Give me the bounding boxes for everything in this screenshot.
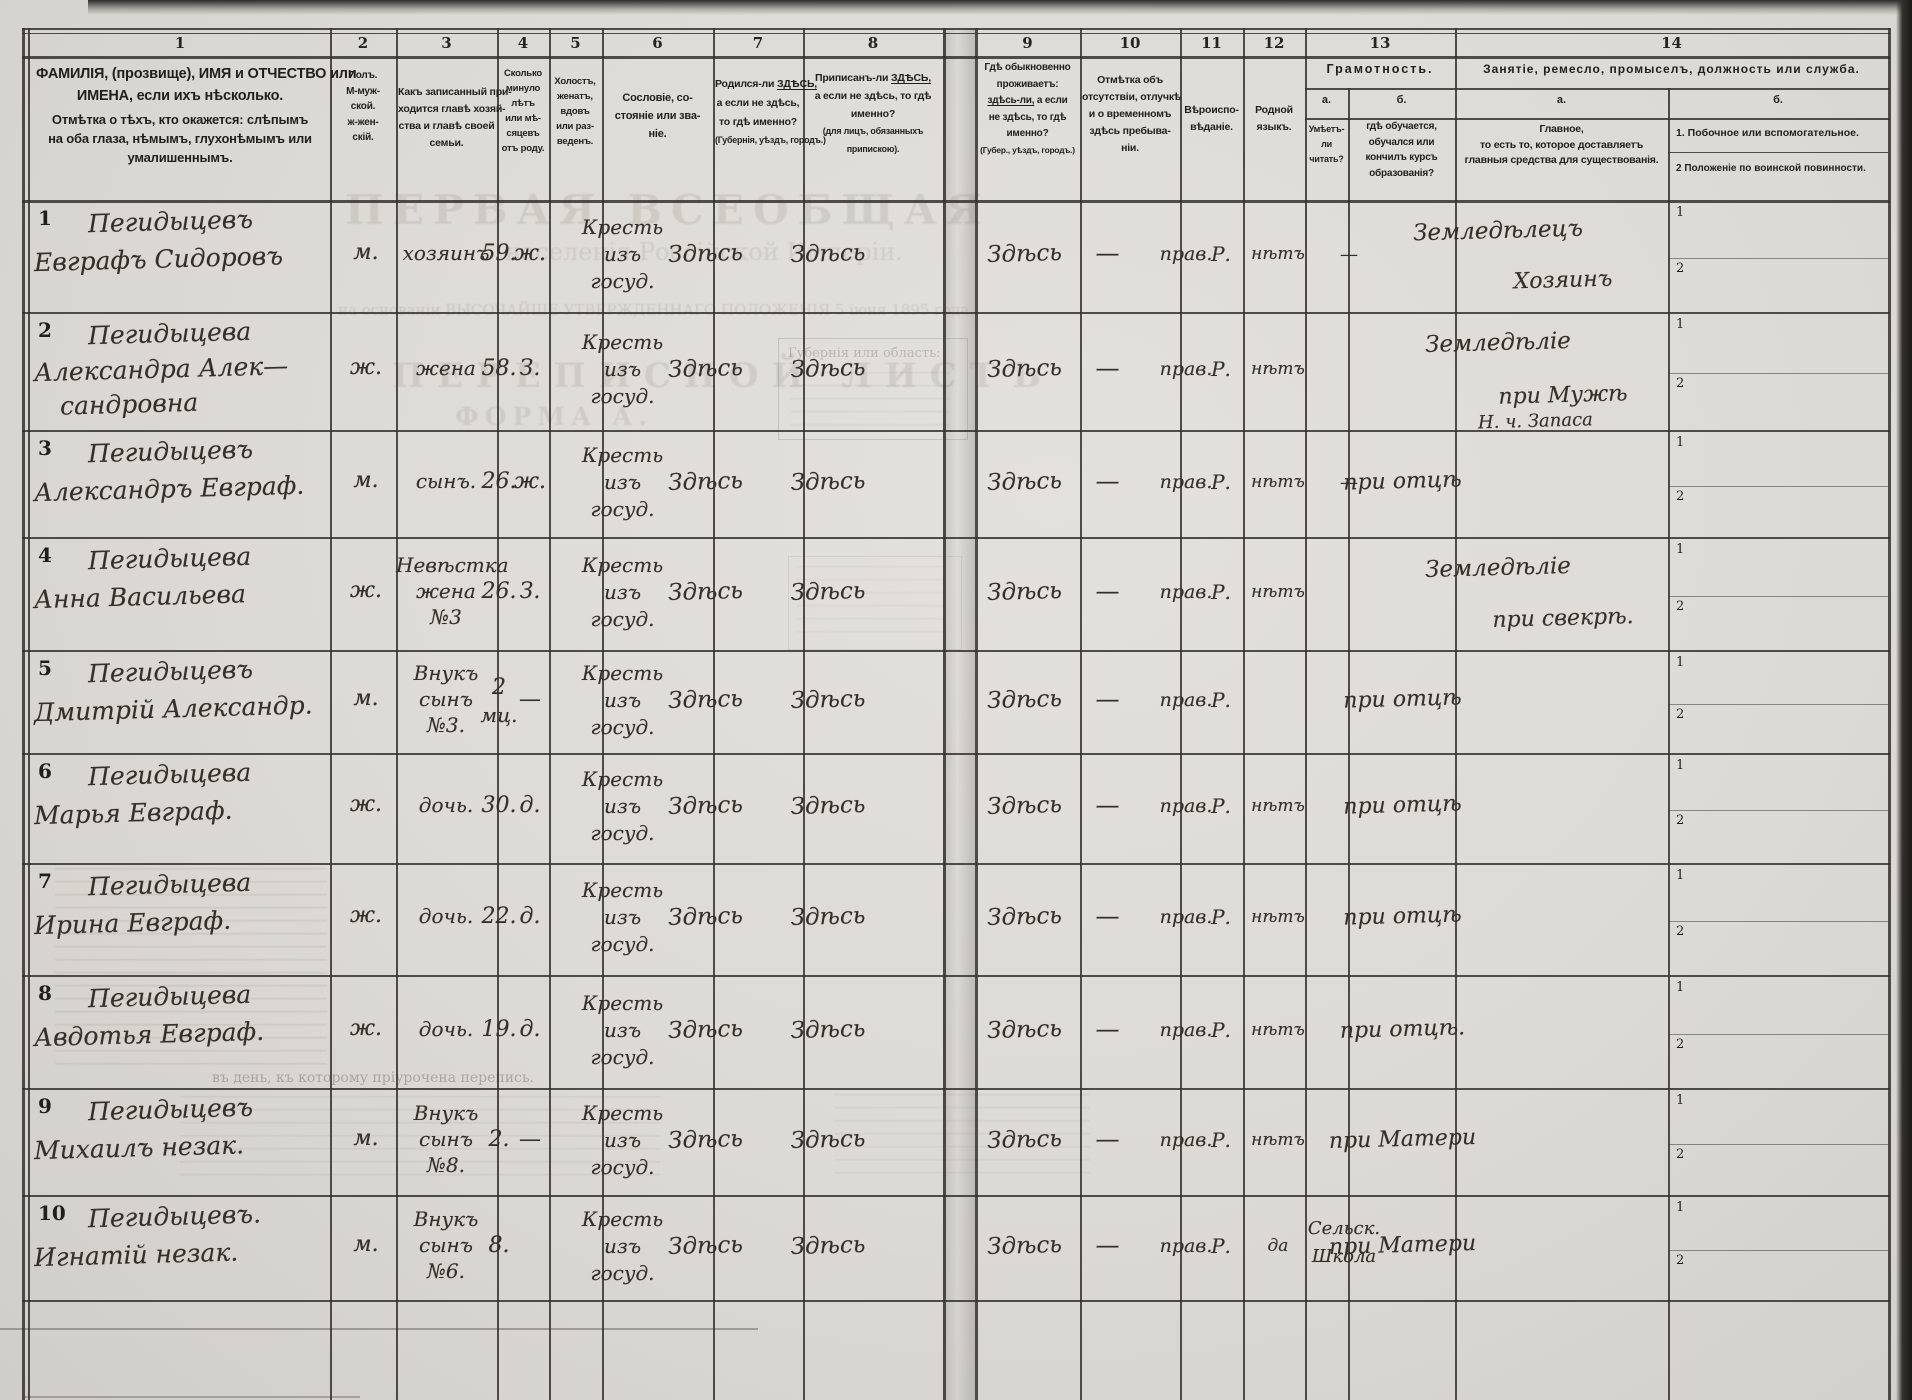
subrow-2-label: 2 <box>1676 261 1696 276</box>
relation-entry: Невѣстка <box>396 553 496 577</box>
header-c1b-line: умалишеннымъ. <box>36 150 324 165</box>
column-number-3: 3 <box>396 31 497 56</box>
estate-entry: госуд. <box>560 607 685 631</box>
birthplace-entry: Здѣсь <box>648 685 764 714</box>
estate-entry: госуд. <box>560 384 685 408</box>
registration-entry: Здѣсь <box>768 685 889 714</box>
estate-entry: госуд. <box>560 497 685 521</box>
marital-entry: д. <box>506 1017 554 1042</box>
registration-entry: Здѣсь <box>768 239 889 268</box>
header-c8-line: (для лицъ, обязанныхъ <box>805 126 941 136</box>
header-c4-line: сяцевъ <box>498 128 548 139</box>
sex-entry: м. <box>342 1126 390 1151</box>
header-c6-line: Сословіе, со- <box>604 92 711 104</box>
estate-entry: Кресть <box>560 1101 685 1125</box>
header-c5-line: вдовъ <box>550 106 600 117</box>
language-entry: Р. <box>1200 794 1242 818</box>
grid-line-h <box>22 1300 1890 1302</box>
header-c14-title: Занятіе, ремесло, промыселъ, должность и… <box>1455 62 1888 76</box>
registration-entry: Здѣсь <box>768 1015 889 1044</box>
residence-entry: Здѣсь <box>972 355 1078 384</box>
estate-entry: Кресть <box>560 330 685 354</box>
marital-entry: д. <box>506 793 554 818</box>
residence-entry: Здѣсь <box>972 903 1078 932</box>
absence-entry: — <box>1080 902 1135 930</box>
marital-entry: З. <box>506 356 554 381</box>
header-c12-line: языкъ. <box>1245 121 1303 133</box>
grid-line-h <box>1305 118 1890 120</box>
header-c12-line: Родной <box>1245 104 1303 116</box>
birthplace-entry: Здѣсь <box>648 354 764 383</box>
row-number: 5 <box>38 656 78 680</box>
birthplace-entry: Здѣсь <box>648 239 764 268</box>
estate-entry: Кресть <box>560 767 685 791</box>
subrow-divider <box>1668 596 1888 597</box>
residence-entry: Здѣсь <box>972 685 1078 714</box>
header-c14-b1: 1. Побочное или вспомогательное. <box>1676 127 1884 139</box>
marital-entry: — <box>506 687 554 712</box>
header-c2-line: скій. <box>332 132 394 143</box>
header-c10-line: ніи. <box>1082 142 1178 154</box>
header-c13-a-line: Умѣетъ- <box>1306 124 1347 134</box>
header-c2-line: Полъ. <box>332 70 394 81</box>
header-c7-line: то гдѣ именно? <box>715 116 801 128</box>
residence-entry: Здѣсь <box>972 1125 1078 1154</box>
header-c5-line: или раз- <box>550 121 600 132</box>
estate-entry: госуд. <box>560 1261 685 1285</box>
column-number-1: 1 <box>30 31 330 56</box>
header-c4-line: отъ роду. <box>498 143 548 154</box>
estate-entry: госуд. <box>560 269 685 293</box>
estate-entry: Кресть <box>560 443 685 467</box>
registration-entry: Здѣсь <box>768 902 889 931</box>
census-sheet-scan: ПЕРВАЯ ВСЕОБЩАЯ ПЕРЕПИСЬ населенія Россі… <box>0 0 1912 1400</box>
column-number-12: 12 <box>1243 31 1305 56</box>
header-c9-line: здѣсь-ли, а если <box>977 95 1078 106</box>
header-c14-a-line: Главное, <box>1457 123 1666 135</box>
row-number: 4 <box>38 543 78 567</box>
estate-entry: госуд. <box>560 932 685 956</box>
header-c5-line: женатъ, <box>550 91 600 102</box>
header-c7-line: (Губернія, уѣздъ, городъ.) <box>715 135 801 145</box>
absence-entry: — <box>1080 791 1135 819</box>
subrow-divider <box>1668 810 1888 811</box>
relation-entry: Внукъ <box>396 1207 496 1231</box>
grid-line-h <box>1305 88 1890 90</box>
column-number-14: 14 <box>1455 31 1888 56</box>
grid-line-h <box>22 28 1890 30</box>
header-c1b-line: на оба глаза, нѣмымъ, глухонѣмымъ или <box>36 131 324 146</box>
column-number-13: 13 <box>1305 31 1455 56</box>
residence-entry: Здѣсь <box>972 577 1078 606</box>
estate-entry: Кресть <box>560 991 685 1015</box>
header-c14-a-line: то есть то, которое доставляетъ <box>1457 139 1666 151</box>
grid-line-h <box>1668 152 1888 153</box>
birthplace-entry: Здѣсь <box>648 1125 764 1154</box>
absence-entry: — <box>1080 467 1135 495</box>
header-c1a-line: ИМЕНА, если ихъ нѣсколько. <box>36 88 324 104</box>
header-c9-line: именно? <box>977 128 1078 139</box>
residence-entry: Здѣсь <box>972 792 1078 821</box>
estate-entry: госуд. <box>560 1155 685 1179</box>
grid-line-h <box>24 1396 360 1398</box>
registration-entry: Здѣсь <box>768 1231 889 1260</box>
marital-entry: — <box>506 1127 554 1152</box>
column-number-7: 7 <box>713 31 803 56</box>
header-c10-line: и о временномъ <box>1082 108 1178 120</box>
column-number-6: 6 <box>602 31 713 56</box>
literacy-entry: нѣтъ <box>1246 244 1310 264</box>
absence-entry: — <box>1080 685 1135 713</box>
header-c11-line: вѣданіе. <box>1182 121 1241 133</box>
header-c11-line: Вѣроиспо- <box>1182 104 1241 116</box>
subrow-1-label: 1 <box>1676 205 1696 220</box>
estate-entry: Кресть <box>560 878 685 902</box>
row-number: 1 <box>38 206 78 230</box>
subrow-1-label: 1 <box>1676 980 1696 995</box>
header-c13-b-line: обучался или <box>1350 137 1453 148</box>
language-entry: Р. <box>1200 470 1242 494</box>
grid-line-h <box>22 56 1890 59</box>
subrow-2-label: 2 <box>1676 376 1696 391</box>
language-entry: Р. <box>1200 580 1242 604</box>
language-entry: Р. <box>1200 1234 1242 1258</box>
registration-entry: Здѣсь <box>768 791 889 820</box>
grid-line-h <box>0 1328 758 1330</box>
relation-entry: Внукъ <box>396 1101 496 1125</box>
absence-entry: — <box>1080 1015 1135 1043</box>
language-entry: Р. <box>1200 905 1242 929</box>
subrow-divider <box>1668 1250 1888 1251</box>
registration-entry: Здѣсь <box>768 467 889 496</box>
estate-entry: госуд. <box>560 715 685 739</box>
relation-entry: №6. <box>396 1259 496 1283</box>
sex-entry: м. <box>342 686 390 711</box>
header-c3-line: ходится главѣ хозяй- <box>398 103 495 115</box>
header-c8-line: именно? <box>805 108 941 120</box>
scan-edge-right <box>1896 0 1912 1400</box>
scan-edge-top <box>88 0 1912 15</box>
subrow-2-label: 2 <box>1676 813 1696 828</box>
row-number: 2 <box>38 318 78 342</box>
header-c9-line: Гдѣ обыкновенно <box>977 62 1078 73</box>
residence-entry: Здѣсь <box>972 1231 1078 1260</box>
absence-entry: — <box>1080 1125 1135 1153</box>
column-number-4: 4 <box>497 31 549 56</box>
header-c6-line: ніе. <box>604 128 711 140</box>
subrow-2-label: 2 <box>1676 599 1696 614</box>
subrow-1-label: 1 <box>1676 542 1696 557</box>
absence-entry: — <box>1080 239 1135 267</box>
estate-entry: Кресть <box>560 661 685 685</box>
header-c3-line: семьи. <box>398 137 495 149</box>
subrow-2-label: 2 <box>1676 707 1696 722</box>
subrow-divider <box>1668 1034 1888 1035</box>
birthplace-entry: Здѣсь <box>648 467 764 496</box>
registration-entry: Здѣсь <box>768 577 889 606</box>
language-entry: Р. <box>1200 1018 1242 1042</box>
header-c1a-line: ФАМИЛІЯ, (прозвище), ИМЯ и ОТЧЕСТВО или <box>36 66 324 82</box>
registration-entry: Здѣсь <box>768 1125 889 1154</box>
header-c13-b-line: гдѣ обучается, <box>1350 121 1453 132</box>
row-number: 10 <box>38 1201 78 1225</box>
sex-entry: ж. <box>342 903 390 928</box>
absence-entry: — <box>1080 354 1135 382</box>
column-number-10: 10 <box>1080 31 1180 56</box>
header-c4-line: или мѣ- <box>498 113 548 124</box>
header-c9-line: проживаетъ: <box>977 79 1078 90</box>
sex-entry: ж. <box>342 792 390 817</box>
column-number-8: 8 <box>803 31 943 56</box>
header-c10-line: отсутствіи, отлучкѣ <box>1082 91 1178 103</box>
subrow-1-label: 1 <box>1676 868 1696 883</box>
column-number-9: 9 <box>975 31 1080 56</box>
sex-entry: м. <box>342 468 390 493</box>
header-c7-line: Родился-ли ЗДѢСЬ, <box>715 78 801 90</box>
sex-entry: м. <box>342 240 390 265</box>
sex-entry: ж. <box>342 578 390 603</box>
subrow-1-label: 1 <box>1676 317 1696 332</box>
header-c4-line: Сколько <box>498 68 548 79</box>
header-c13-a_label: а. <box>1305 94 1348 106</box>
header-c13-b-line: кончилъ курсъ <box>1350 152 1453 163</box>
age-entry: 8. <box>470 1233 528 1258</box>
header-c13-title: Грамотность. <box>1305 62 1455 76</box>
subrow-2-label: 2 <box>1676 1037 1696 1052</box>
sex-entry: ж. <box>342 355 390 380</box>
literacy-entry: нѣтъ <box>1246 359 1310 379</box>
column-number-2: 2 <box>330 31 396 56</box>
header-c8-line: припискою). <box>805 144 941 154</box>
header-c14-a_label: а. <box>1455 94 1668 106</box>
subrow-2-label: 2 <box>1676 489 1696 504</box>
subrow-divider <box>1668 373 1888 374</box>
header-c3-line: ства и главѣ своей <box>398 120 495 132</box>
sex-entry: м. <box>342 1232 390 1257</box>
header-c8-line: Приписанъ-ли ЗДѢСЬ, <box>805 72 941 84</box>
sex-entry: ж. <box>342 1016 390 1041</box>
literacy-entry: нѣтъ <box>1246 582 1310 602</box>
header-c2-line: ж-жен- <box>332 117 394 128</box>
language-entry: Р. <box>1200 357 1242 381</box>
header-c1b-line: Отмѣтка о тѣхъ, кто окажется: слѣпымъ <box>36 112 324 127</box>
row-number: 3 <box>38 436 78 460</box>
header-c9-line: не здѣсь, то гдѣ <box>977 112 1078 123</box>
row-number: 9 <box>38 1094 78 1118</box>
header-c5-line: веденъ. <box>550 136 600 147</box>
header-c10-line: здѣсь пребыва- <box>1082 125 1178 137</box>
subrow-divider <box>1668 1144 1888 1145</box>
header-c13-b-line: образованія? <box>1350 168 1453 179</box>
residence-entry: Здѣсь <box>972 1015 1078 1044</box>
estate-entry: Кресть <box>560 215 685 239</box>
header-c13-a-line: читать? <box>1306 154 1347 164</box>
header-c13-a-line: ли <box>1306 139 1347 149</box>
marital-entry: д. <box>506 904 554 929</box>
relation-entry: №8. <box>396 1153 496 1177</box>
header-c3-line: Какъ записанный при- <box>398 86 495 98</box>
estate-entry: Кресть <box>560 1207 685 1231</box>
subrow-1-label: 1 <box>1676 758 1696 773</box>
column-number-11: 11 <box>1180 31 1243 56</box>
birthplace-entry: Здѣсь <box>648 791 764 820</box>
subrow-divider <box>1668 258 1888 259</box>
subrow-divider <box>1668 921 1888 922</box>
registration-entry: Здѣсь <box>768 354 889 383</box>
marital-entry: ж. <box>506 241 554 266</box>
subrow-2-label: 2 <box>1676 1253 1696 1268</box>
header-c4-line: лѣтъ <box>498 98 548 109</box>
language-entry: Р. <box>1200 242 1242 266</box>
header-c13-b_label: б. <box>1348 94 1455 106</box>
subrow-2-label: 2 <box>1676 1147 1696 1162</box>
language-entry: Р. <box>1200 1128 1242 1152</box>
subrow-1-label: 1 <box>1676 435 1696 450</box>
header-c9-line: (Губер., уѣздъ, городъ.) <box>977 145 1078 155</box>
header-c10-line: Отмѣтка объ <box>1082 74 1178 86</box>
row-number: 8 <box>38 981 78 1005</box>
relation-entry: №3 <box>396 605 496 629</box>
row-number: 6 <box>38 759 78 783</box>
header-c2-line: ской. <box>332 101 394 112</box>
subrow-1-label: 1 <box>1676 1200 1696 1215</box>
subrow-1-label: 1 <box>1676 655 1696 670</box>
marital-entry: З. <box>506 579 554 604</box>
header-c6-line: стояніе или зва- <box>604 110 711 122</box>
birthplace-entry: Здѣсь <box>648 577 764 606</box>
header-c14-b_label: б. <box>1668 94 1888 106</box>
header-c8-line: а если не здѣсь, то гдѣ <box>805 90 941 102</box>
column-number-5: 5 <box>549 31 602 56</box>
header-c4-line: минуло <box>498 83 548 94</box>
absence-entry: — <box>1080 577 1135 605</box>
header-c5-line: Холостъ, <box>550 76 600 87</box>
language-entry: Р. <box>1200 688 1242 712</box>
birthplace-entry: Здѣсь <box>648 1231 764 1260</box>
residence-entry: Здѣсь <box>972 467 1078 496</box>
subrow-divider <box>1668 704 1888 705</box>
estate-entry: госуд. <box>560 821 685 845</box>
header-c7-line: а если не здѣсь, <box>715 97 801 109</box>
estate-entry: Кресть <box>560 553 685 577</box>
subrow-divider <box>1668 486 1888 487</box>
marital-entry: ж. <box>506 469 554 494</box>
birthplace-entry: Здѣсь <box>648 902 764 931</box>
birthplace-entry: Здѣсь <box>648 1015 764 1044</box>
absence-entry: — <box>1080 1231 1135 1259</box>
row-number: 7 <box>38 869 78 893</box>
header-c2-line: М-муж- <box>332 86 394 97</box>
residence-entry: Здѣсь <box>972 240 1078 269</box>
census-table: 1234567891011121314ФАМИЛІЯ, (прозвище), … <box>0 0 1912 1400</box>
header-c14-b2: 2 Положеніе по воинской повинности. <box>1676 163 1884 174</box>
estate-entry: госуд. <box>560 1045 685 1069</box>
subrow-1-label: 1 <box>1676 1093 1696 1108</box>
header-c14-a-line: главныя средства для существованія. <box>1457 154 1666 166</box>
subrow-2-label: 2 <box>1676 924 1696 939</box>
